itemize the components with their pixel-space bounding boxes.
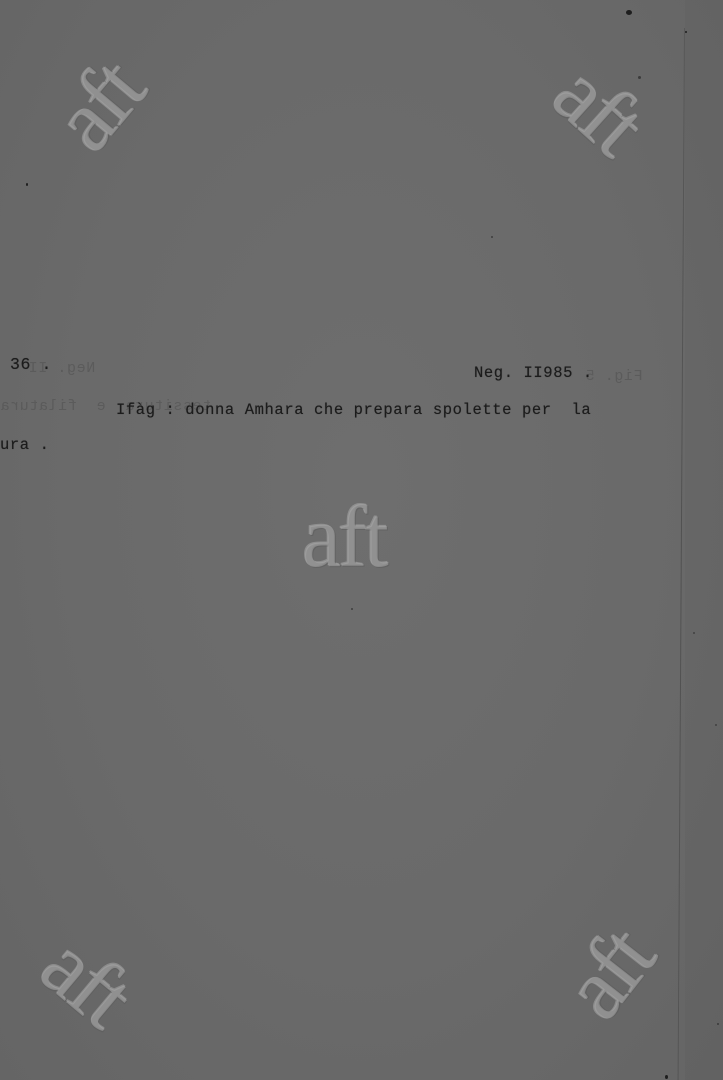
dust-speck [638, 76, 641, 79]
watermark-bottom-right: aft [549, 914, 670, 1034]
dust-speck [26, 183, 28, 186]
fold-line [678, 28, 685, 1080]
caption-line-2: ura . [0, 436, 50, 454]
bleed-through-text: Fig. 5 [585, 368, 643, 385]
watermark-top-right: aft [537, 49, 658, 170]
dust-speck [717, 1023, 719, 1025]
record-number: 36 . [10, 355, 52, 374]
dust-speck [491, 236, 493, 238]
dust-speck [351, 608, 353, 610]
negative-number: Neg. II985 . [474, 364, 593, 382]
watermark-center: aft [302, 494, 386, 582]
dust-speck [685, 31, 687, 33]
dust-speck [693, 632, 695, 634]
dust-speck [626, 10, 632, 15]
dust-speck [665, 1075, 668, 1079]
paper-edge-strip [685, 0, 723, 1080]
scanned-document-page: Neg. II Fig. 5 tessitura e filatura 36 .… [0, 0, 723, 1080]
watermark-bottom-left: aft [26, 921, 147, 1042]
dust-speck [715, 724, 717, 726]
watermark-top-left: aft [39, 46, 160, 167]
caption-line-1: Ifàg : donna Amhara che prepara spolette… [116, 401, 591, 419]
